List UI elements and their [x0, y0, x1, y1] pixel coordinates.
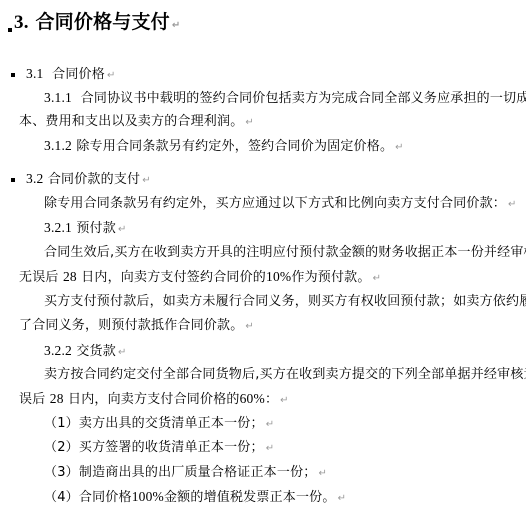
section-3-2-intro: 除专用合同条款另有约定外，买方应通过以下方式和比例向卖方支付合同价款：↵ — [44, 196, 517, 213]
paragraph-mark-icon: ↵ — [266, 419, 275, 430]
subsection-3-2-1-heading: 3.2.1 预付款↵ — [44, 220, 127, 238]
subsection-3-2-1-para1-line1: 合同生效后,买方在收到卖方开具的注明应付预付款金额的财务收据正本一份并经审核 — [44, 245, 526, 261]
paragraph-text: 了合同义务，则预付款抵作合同价款。 — [19, 318, 243, 333]
section-number: 3.2 — [26, 171, 43, 186]
subsection-3-2-1-para2-line2: 了合同义务，则预付款抵作合同价款。↵ — [19, 318, 254, 335]
list-item-text: 买方签署的收货清单正本一份； — [79, 440, 264, 455]
list-item-label: （3） — [44, 465, 79, 480]
heading-title: 合同价格与支付 — [35, 11, 169, 33]
clause-number: 3.1.1 — [44, 90, 72, 105]
heading-number: 3. — [14, 12, 29, 33]
percent-value: 100% — [132, 489, 164, 504]
paragraph-text: 合同生效后,买方在收到卖方开具的注明应付预付款金额的财务收据正本一份并经审核 — [44, 245, 526, 260]
list-item: （4）合同价格100%金额的增值税发票正本一份。↵ — [44, 489, 346, 507]
subsection-3-2-2-heading: 3.2.2 交货款↵ — [44, 343, 127, 361]
list-item: （1）卖方出具的交货清单正本一份；↵ — [44, 416, 274, 433]
clause-number: 3.1.2 — [44, 138, 72, 153]
heading-3: 3. 合同价格与支付↵ — [14, 10, 180, 38]
section-number: 3.1 — [26, 66, 43, 81]
paragraph-mark-icon: ↵ — [118, 224, 127, 235]
paragraph-text: 买方支付预付款后，如卖方未履行合同义务，则买方有权收回预付款；如卖方依约履行 — [44, 294, 526, 309]
paragraph-text: ： — [265, 392, 278, 407]
paragraph-mark-icon: ↵ — [245, 321, 254, 332]
list-item: （3）制造商出具的出厂质量合格证正本一份；↵ — [44, 465, 327, 482]
clause-3-1-2: 3.1.2 除专用合同条款另有约定外，签约合同价为固定价格。↵ — [44, 138, 404, 156]
paragraph-mark-icon: ↵ — [280, 395, 289, 406]
section-bullet-marker — [11, 178, 15, 182]
clause-text: 除专用合同条款另有约定外，签约合同价为固定价格。 — [76, 139, 393, 154]
section-3-2-heading: 3.2 合同价款的支付↵ — [26, 171, 151, 189]
paragraph-mark-icon: ↵ — [118, 347, 127, 358]
paragraph-text: 无误后 — [19, 270, 59, 285]
subsection-3-2-1-para1-line2: 无误后 28 日内，向卖方支付签约合同价的10%作为预付款。↵ — [19, 269, 381, 287]
list-item-label: （2） — [44, 440, 79, 455]
percent-value: 60% — [240, 391, 265, 406]
list-item: （2）买方签署的收货清单正本一份；↵ — [44, 440, 274, 457]
subsection-title: 交货款 — [76, 344, 116, 359]
paragraph-mark-icon: ↵ — [395, 142, 404, 153]
document-page: 3. 合同价格与支付↵ 3.1 合同价格↵ 3.1.1 合同协议书中载明的签约合… — [0, 0, 526, 511]
paragraph-text: 日内，向卖方支付签约合同价的 — [81, 270, 266, 285]
days-value: 28 — [50, 391, 64, 406]
paragraph-mark-icon: ↵ — [508, 199, 517, 210]
subsection-number: 3.2.1 — [44, 220, 72, 235]
list-item-text: 卖方出具的交货清单正本一份； — [79, 416, 264, 431]
paragraph-mark-icon: ↵ — [172, 20, 181, 31]
paragraph-text: 作为预付款。 — [291, 270, 370, 285]
list-item-text: 制造商出具的出厂质量合格证正本一份； — [79, 465, 317, 480]
percent-value: 10% — [266, 269, 291, 284]
list-item-text: 合同价格 — [79, 490, 132, 505]
section-bullet-marker — [11, 73, 15, 77]
paragraph-mark-icon: ↵ — [107, 70, 116, 81]
paragraph-mark-icon: ↵ — [142, 175, 151, 186]
paragraph-text: 日内，向卖方支付合同价格的 — [68, 392, 240, 407]
paragraph-text: 卖方按合同约定交付全部合同货物后,买方在收到卖方提交的下列全部单据并经审核无 — [44, 367, 526, 382]
paragraph-mark-icon: ↵ — [266, 443, 275, 454]
clause-3-1-1-line2: 本、费用和支出以及卖方的合理利润。↵ — [19, 114, 254, 131]
subsection-3-2-1-para2-line1: 买方支付预付款后，如卖方未履行合同义务，则买方有权收回预付款；如卖方依约履行 — [44, 294, 526, 310]
heading-bullet-marker — [8, 28, 12, 32]
subsection-3-2-2-para1-line2: 误后 28 日内，向卖方支付合同价格的60%：↵ — [19, 391, 289, 409]
paragraph-mark-icon: ↵ — [373, 273, 382, 284]
paragraph-mark-icon: ↵ — [338, 493, 347, 504]
intro-text: 除专用合同条款另有约定外，买方应通过以下方式和比例向卖方支付合同价款： — [44, 196, 506, 211]
subsection-number: 3.2.2 — [44, 343, 72, 358]
subsection-title: 预付款 — [76, 221, 116, 236]
list-item-text: 金额的增值税发票正本一份。 — [164, 490, 336, 505]
clause-text: 本、费用和支出以及卖方的合理利润。 — [19, 114, 243, 129]
list-item-label: （1） — [44, 416, 79, 431]
section-3-1-heading: 3.1 合同价格↵ — [26, 66, 116, 84]
paragraph-mark-icon: ↵ — [245, 117, 254, 128]
paragraph-text: 误后 — [19, 392, 45, 407]
clause-text: 合同协议书中载明的签约合同价包括卖方为完成合同全部义务应承担的一切成 — [81, 91, 526, 106]
list-item-label: （4） — [44, 490, 79, 505]
clause-3-1-1-line1: 3.1.1 合同协议书中载明的签约合同价包括卖方为完成合同全部义务应承担的一切成 — [44, 90, 526, 107]
days-value: 28 — [63, 269, 77, 284]
paragraph-mark-icon: ↵ — [318, 468, 327, 479]
section-title: 合同价款的支付 — [48, 172, 140, 187]
subsection-3-2-2-para1-line1: 卖方按合同约定交付全部合同货物后,买方在收到卖方提交的下列全部单据并经审核无 — [44, 367, 526, 383]
section-title: 合同价格 — [52, 67, 105, 82]
